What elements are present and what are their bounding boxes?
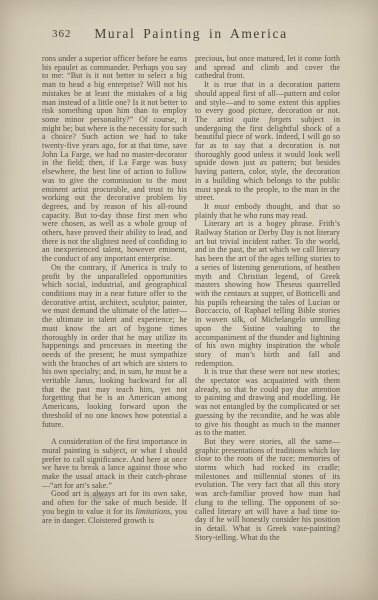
text-columns: rons under a superior officer before he … (42, 55, 340, 542)
page-number: 362 (52, 28, 72, 40)
paragraph: But they were stories, all the same—grap… (195, 438, 340, 542)
paragraph: On the contrary, if America is truly to … (42, 264, 187, 429)
paragraph: Good art is always art for its own sake,… (42, 490, 187, 525)
paragraph: Literary art is a bogey phrase. Frith’s … (195, 220, 340, 368)
running-title: Mural Painting in America (42, 26, 340, 42)
paragraph: It is true that in a decoration pattern … (195, 81, 340, 203)
text-column-right: precious, but once matured, let it come … (195, 55, 340, 542)
paragraph: A consideration of the first importance … (42, 438, 187, 490)
text-column-left: rons under a superior officer before he … (42, 55, 187, 542)
paragraph: It must embody thought, and that so plai… (195, 203, 340, 220)
paragraph: It is true that these were not new stori… (195, 368, 340, 438)
running-header: 362 Mural Painting in America (42, 26, 340, 44)
paragraph: rons under a superior officer before he … (42, 55, 187, 264)
book-page-scan: 362 Mural Painting in America rons under… (0, 0, 378, 600)
paragraph: precious, but once matured, let it come … (195, 55, 340, 81)
